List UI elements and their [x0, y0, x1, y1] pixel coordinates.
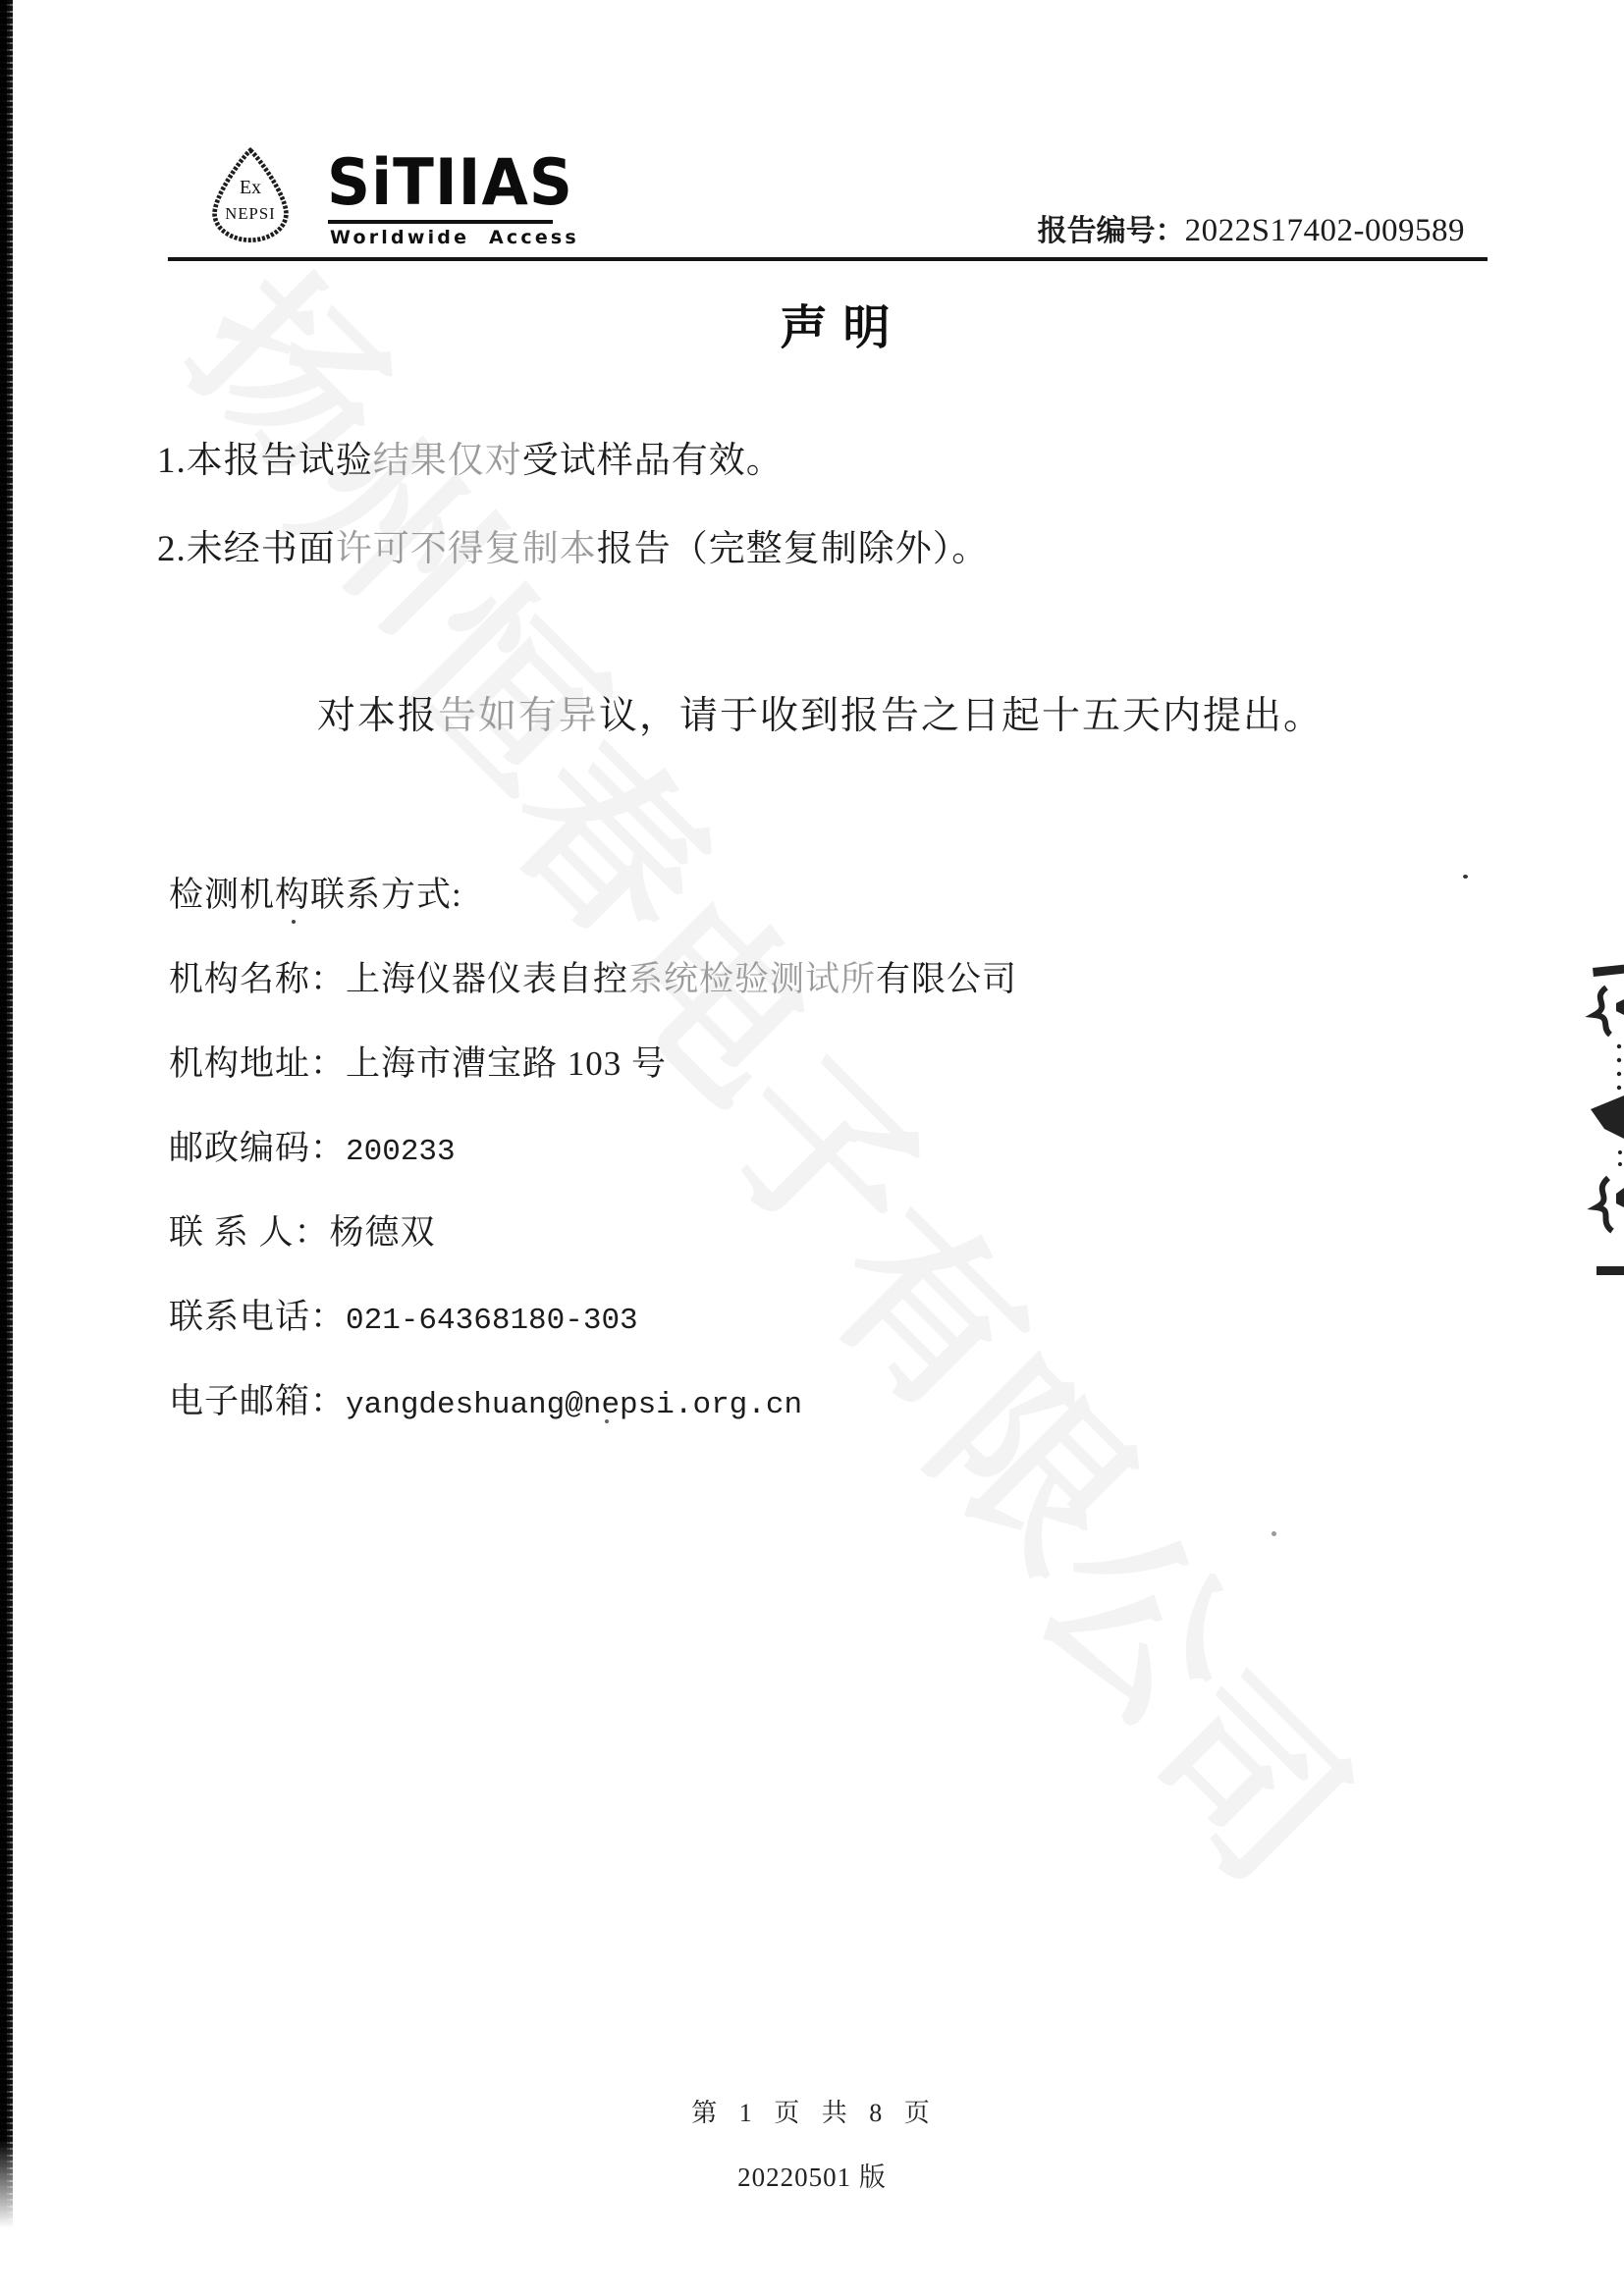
text-segment: 1.本报告试验 — [157, 441, 373, 481]
text-segment: 受试样品有效。 — [522, 441, 784, 481]
contact-line: 邮政编码：200233 — [169, 1121, 456, 1170]
text-segment: 邮政编码： — [169, 1129, 346, 1167]
dispute-notice: 对本报告如有异议，请于收到报告之日起十五天内提出。 — [317, 685, 1324, 740]
text-segment: 对本报 — [317, 695, 438, 737]
contact-line: 机构地址：上海市漕宝路 103 号 — [169, 1037, 667, 1086]
text-segment: 021-64368180-303 — [346, 1304, 638, 1338]
report-number-value: 2022S17402-009589 — [1185, 213, 1465, 248]
speck — [292, 920, 296, 924]
text-segment: 电子邮箱： — [169, 1382, 346, 1420]
brand-underline — [328, 220, 553, 224]
contact-line: 电子邮箱：yangdeshuang@nepsi.org.cn — [169, 1374, 802, 1423]
nepsi-label: NEPSI — [225, 204, 275, 223]
text-segment: 机构地址：上海市漕宝路 103 号 — [169, 1044, 667, 1083]
speck — [1272, 1531, 1276, 1536]
ex-label: Ex — [240, 177, 261, 198]
text-segment: yangdeshuang@nepsi.org.cn — [346, 1388, 802, 1422]
report-number: 报告编号：2022S17402-009589 — [1038, 206, 1465, 249]
contact-line: 机构名称：上海仪器仪表自控系统检验测试所有限公司 — [169, 952, 1017, 1001]
footer-version: 20220501 版 — [0, 2156, 1624, 2194]
text-segment: 告如有异 — [438, 695, 599, 737]
statement-2: 2.未经书面许可不得复制本报告（完整复制除外）。 — [157, 518, 989, 571]
text-segment: 2.未经书面 — [157, 529, 336, 569]
text-segment: 机构名称：上海仪器仪表自控 — [169, 960, 628, 998]
brand-tagline: Worldwide Access — [330, 227, 579, 248]
contact-line: 联 系 人：杨德双 — [169, 1205, 436, 1255]
text-segment: 联 系 人：杨德双 — [169, 1213, 436, 1252]
contact-line: 联系电话：021-64368180-303 — [169, 1290, 638, 1339]
edge-stamp-fragment — [1583, 960, 1624, 1318]
page: 扬州恒春电子有限公司 Ex NEPSI SiTIIAS Worldwide Ac… — [0, 0, 1624, 2296]
text-segment: 联系电话： — [169, 1298, 346, 1336]
report-number-label: 报告编号： — [1038, 214, 1185, 248]
text-segment: 许可不得复制本 — [336, 529, 597, 569]
header-rule — [168, 257, 1488, 261]
scan-edge-strip — [0, 0, 13, 2228]
text-segment: 议，请于收到报告之日起十五天内提出。 — [599, 695, 1324, 737]
text-segment: 报告（完整复制除外）。 — [597, 529, 990, 569]
statement-1: 1.本报告试验结果仅对受试样品有效。 — [157, 430, 784, 483]
page-title: 声明 — [167, 290, 1503, 357]
text-segment: 结果仅对 — [373, 441, 522, 481]
text-segment: 系统检验测试所 — [628, 960, 876, 998]
brand-wordmark: SiTIIAS — [327, 151, 573, 215]
text-segment: 200233 — [346, 1135, 456, 1169]
text-segment: 有限公司 — [876, 960, 1017, 998]
speck — [1463, 875, 1468, 879]
contact-heading: 检测机构联系方式: — [169, 868, 462, 917]
footer-page-info: 第 1 页 共 8 页 — [0, 2093, 1624, 2129]
nepsi-ex-logo: Ex NEPSI — [199, 147, 301, 249]
